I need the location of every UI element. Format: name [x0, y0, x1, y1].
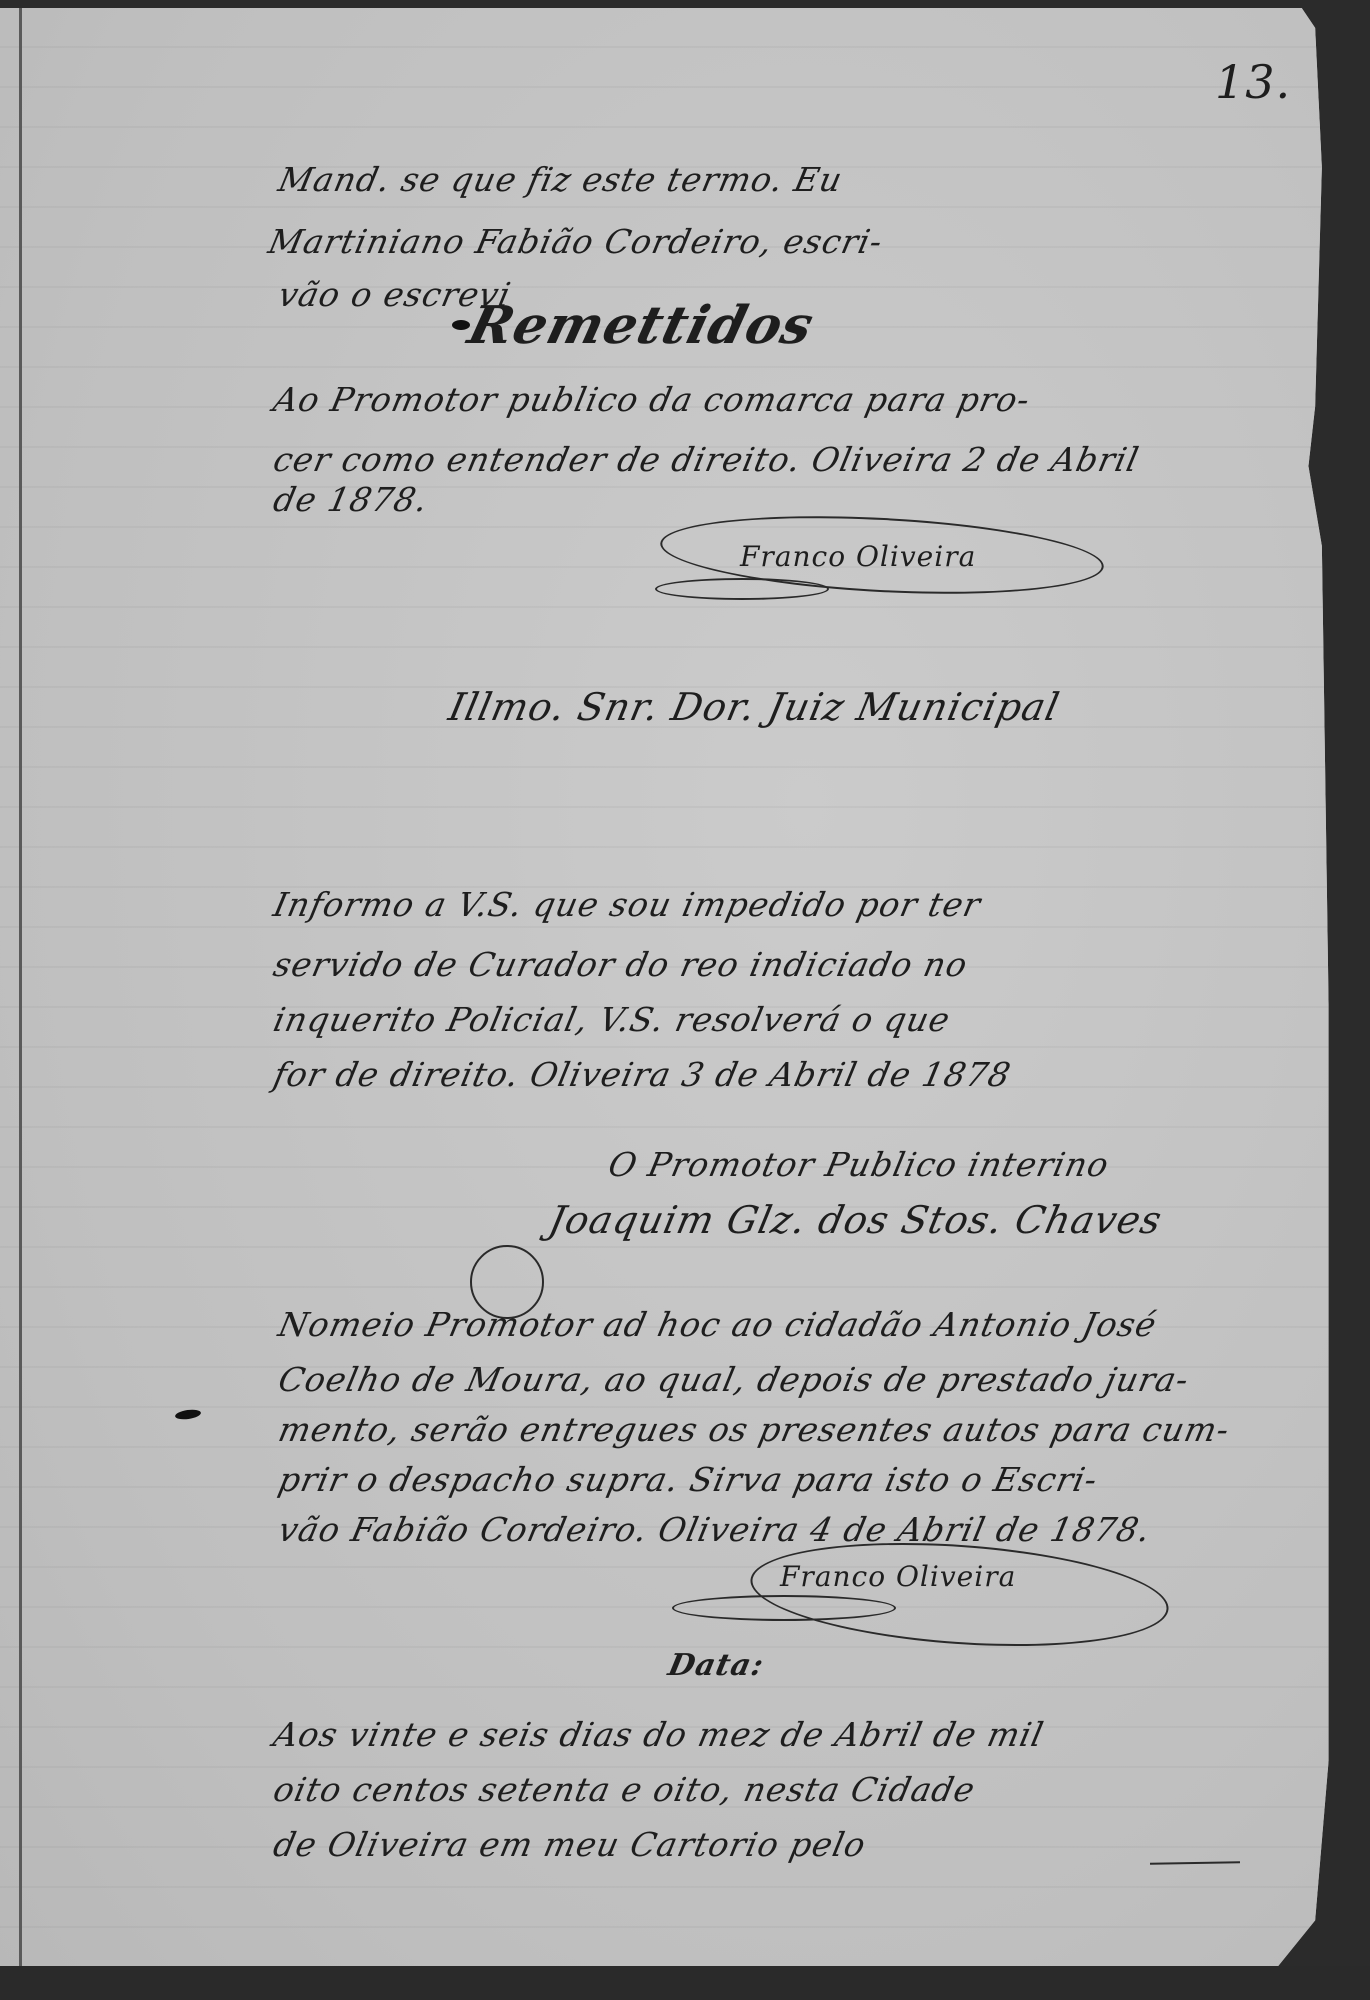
opening-line-1: Mand. se que fiz este termo. Eu: [275, 160, 846, 199]
nomination-line-4: prir o despacho supra. Sirva para isto o…: [275, 1460, 1102, 1499]
signature-flourish-loop: [655, 578, 829, 600]
data-line-2: oito centos setenta e oito, nesta Cidade: [270, 1770, 979, 1809]
petition-line-3: inquerito Policial, V.S. resolverá o que: [270, 1000, 954, 1039]
remettidos-line-1: Ao Promotor publico da comarca para pro-: [270, 380, 1034, 419]
signature-2: Franco Oliveira: [780, 1560, 1016, 1593]
remettidos-line-2: cer como entender de direito. Oliveira 2…: [270, 440, 1143, 479]
nomination-line-1: Nomeio Promotor ad hoc ao cidadão Antoni…: [275, 1305, 1161, 1344]
folio-number: 13.: [1215, 55, 1291, 109]
nomination-line-3: mento, serão entregues os presentes auto…: [275, 1410, 1233, 1449]
petition-line-4: for de direito. Oliveira 3 de Abril de 1…: [270, 1055, 1015, 1094]
opening-line-2: Martiniano Fabião Cordeiro, escri-: [265, 222, 887, 261]
binding-line: [19, 8, 22, 1973]
remettidos-line-3: de 1878.: [270, 480, 432, 519]
data-line-3: de Oliveira em meu Cartorio pelo: [270, 1825, 870, 1864]
promotor-name: Joaquim Glz. dos Stos. Chaves: [545, 1198, 1166, 1242]
promotor-title: O Promotor Publico interino: [605, 1145, 1113, 1184]
petition-line-2: servido de Curador do reo indiciado no: [270, 945, 972, 984]
data-heading: Data:: [665, 1648, 767, 1683]
signature-1: Franco Oliveira: [740, 540, 976, 573]
nomination-line-2: Coelho de Moura, ao qual, depois de pres…: [275, 1360, 1193, 1399]
data-line-1: Aos vinte e seis dias do mez de Abril de…: [270, 1715, 1048, 1754]
remettidos-heading: Remettidos: [462, 295, 820, 356]
scan-background: [0, 1966, 1370, 2000]
ink-blot: [452, 320, 470, 330]
salutation: Illmo. Snr. Dor. Juiz Municipal: [445, 685, 1064, 729]
signature-flourish-loop: [672, 1595, 896, 1621]
nomination-line-5: vão Fabião Cordeiro. Oliveira 4 de Abril…: [275, 1510, 1155, 1549]
petition-line-1: Informo a V.S. que sou impedido por ter: [270, 885, 985, 924]
